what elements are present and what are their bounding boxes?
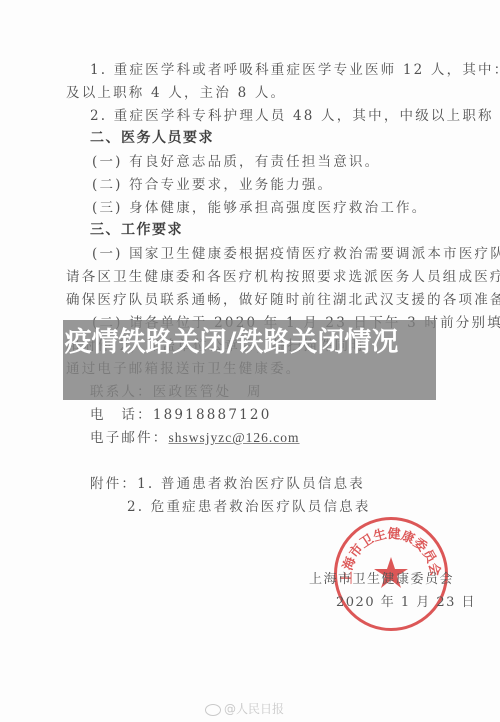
doc-line-4: (一) 有良好意志品质，有责任担当意识。 xyxy=(92,150,380,170)
doc-line-1: 1. 重症医学科或者呼吸科重症医学专业医师 12 人，其中：副高 xyxy=(90,58,500,78)
contact-phone: 电 话：18918887120 xyxy=(90,403,272,423)
attachment-item-1: 1. 普通患者救治医疗队员信息表 xyxy=(137,476,365,492)
doc-line-7: (一) 国家卫生健康委根据疫情医疗救治需要调派本市医疗队， xyxy=(92,242,500,262)
signature-date: 2020 年 1 月 23 日 xyxy=(336,591,476,610)
doc-line-2: 及以上职称 4 人，主治 8 人。 xyxy=(66,81,286,101)
watermark-text: @人民日报 xyxy=(224,702,284,716)
email-label: 电子邮件： xyxy=(90,430,169,446)
weibo-icon xyxy=(205,704,221,716)
attachment-item-2: 2. 危重症患者救治医疗队员信息表 xyxy=(127,495,371,515)
attachments-label: 附件： xyxy=(90,476,137,492)
source-watermark: @人民日报 xyxy=(205,700,284,717)
phone-label: 电 话： xyxy=(90,407,153,423)
phone-value: 18918887120 xyxy=(153,407,272,423)
contact-email: 电子邮件：shswsjyzc@126.com xyxy=(90,426,300,446)
doc-line-3: 2. 重症医学科专科护理人员 48 人，其中，中级以上职称 4 人。 xyxy=(90,104,500,124)
section-heading-3: 三、工作要求 xyxy=(90,219,183,239)
overlay-title: 疫情铁路关闭/铁路关闭情况 xyxy=(63,326,436,360)
title-overlay: 疫情铁路关闭/铁路关闭情况 xyxy=(63,320,436,400)
doc-line-5: (二) 符合专业要求，业务能力强。 xyxy=(92,173,333,193)
doc-line-9: 确保医疗队员联系通畅，做好随时前往湖北武汉支援的各项准备。 xyxy=(66,288,500,308)
email-link[interactable]: shswsjyzc@126.com xyxy=(169,430,300,445)
attachment-1: 附件：1. 普通患者救治医疗队员信息表 xyxy=(90,472,365,492)
doc-line-8: 请各区卫生健康委和各医疗机构按照要求选派医务人员组成医疗队， xyxy=(66,265,500,285)
section-heading-2: 二、医务人员要求 xyxy=(90,127,214,147)
signature-org: 上海市卫生健康委员会 xyxy=(309,568,454,587)
doc-line-6: (三) 身体健康，能够承担高强度医疗救治工作。 xyxy=(92,196,427,216)
